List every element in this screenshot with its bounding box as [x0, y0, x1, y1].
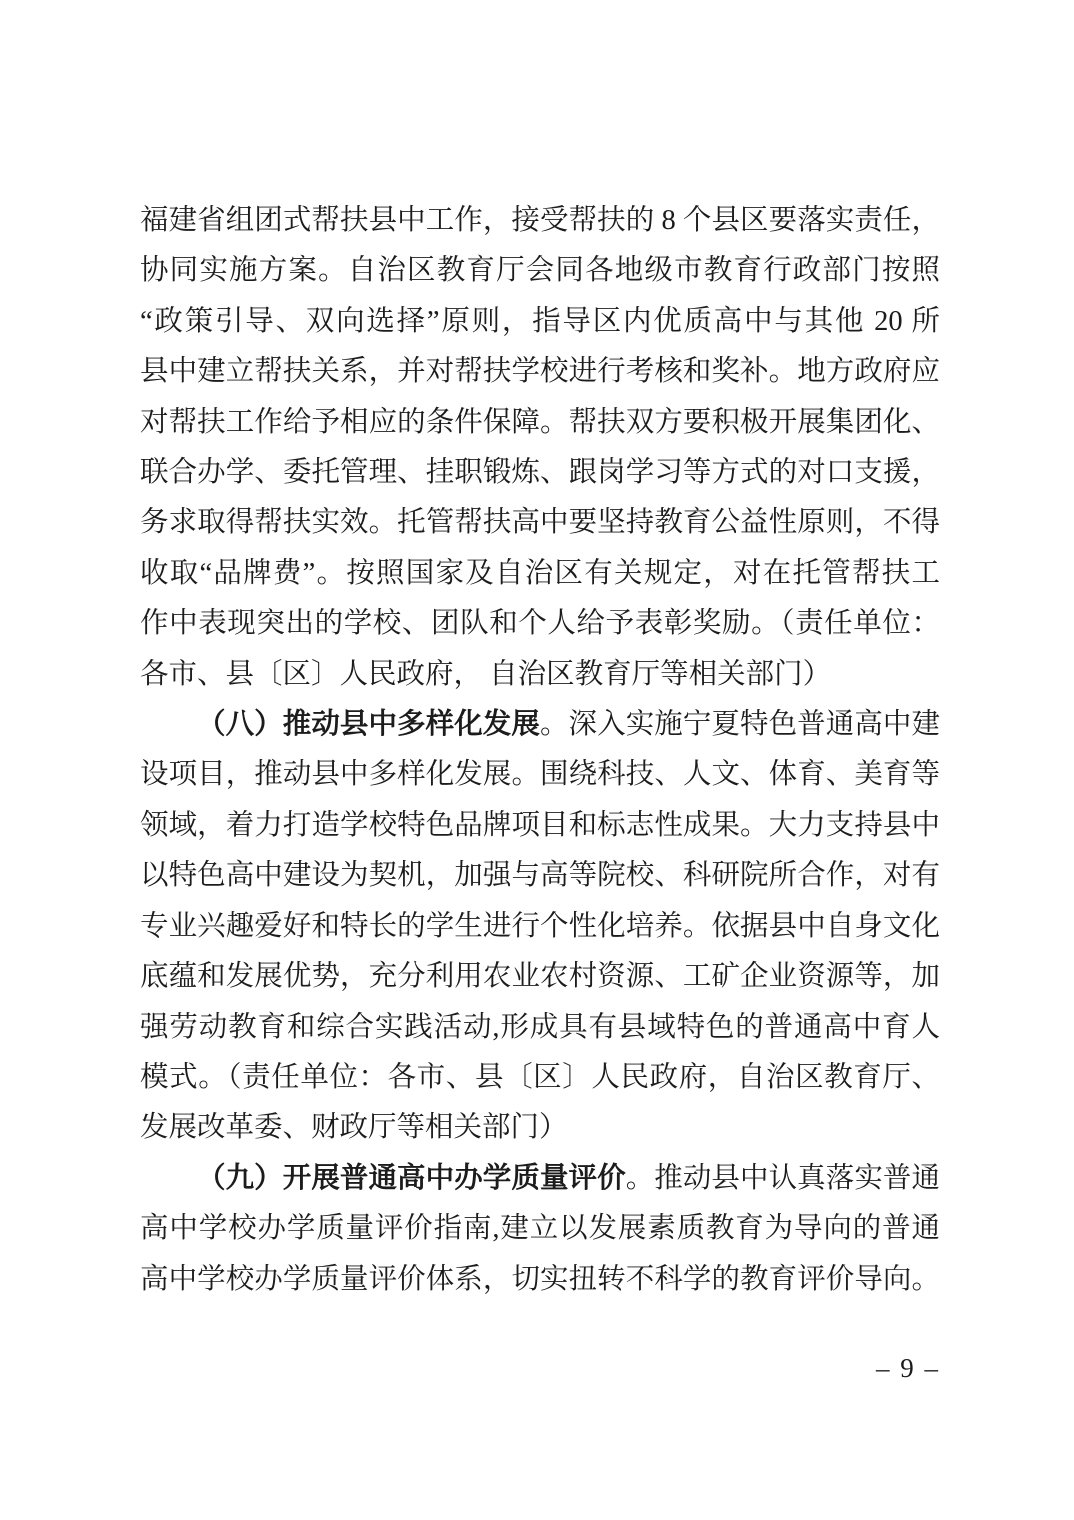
- text-line: 设项目，推动县中多样化发展。围绕科技、人文、体育、美育等: [140, 750, 940, 800]
- line-text: 。深入实施宁夏特色普通高中建: [540, 709, 940, 740]
- text-line: 联合办学、委托管理、挂职锻炼、跟岗学习等方式的对口支援，: [140, 448, 940, 498]
- text-line: 模式。（责任单位：各市、县〔区〕人民政府，自治区教育厅、: [140, 1053, 940, 1103]
- text-line: 福建省组团式帮扶县中工作，接受帮扶的 8 个县区要落实责任，: [140, 196, 940, 246]
- text-line: （八）推动县中多样化发展。深入实施宁夏特色普通高中建: [140, 700, 940, 750]
- text-line: 务求取得帮扶实效。托管帮扶高中要坚持教育公益性原则，不得: [140, 498, 940, 548]
- text-line: （九）开展普通高中办学质量评价。推动县中认真落实普通: [140, 1154, 940, 1204]
- text-line: 高中学校办学质量评价指南,建立以发展素质教育为导向的普通: [140, 1204, 940, 1254]
- text-line: 县中建立帮扶关系，并对帮扶学校进行考核和奖补。地方政府应: [140, 347, 940, 397]
- text-line: 以特色高中建设为契机，加强与高等院校、科研院所合作，对有: [140, 851, 940, 901]
- section-heading: （八）推动县中多样化发展: [197, 709, 540, 740]
- document-page: 福建省组团式帮扶县中工作，接受帮扶的 8 个县区要落实责任，协同实施方案。自治区…: [0, 0, 1074, 1520]
- section-heading: （九）开展普通高中办学质量评价: [197, 1163, 626, 1194]
- text-line: 发展改革委、财政厅等相关部门）: [140, 1103, 940, 1153]
- text-line: 底蕴和发展优势，充分利用农业农村资源、工矿企业资源等，加: [140, 952, 940, 1002]
- text-line: 专业兴趣爱好和特长的学生进行个性化培养。依据县中自身文化: [140, 902, 940, 952]
- text-line: 各市、县〔区〕人民政府， 自治区教育厅等相关部门）: [140, 650, 940, 700]
- text-line: 对帮扶工作给予相应的条件保障。帮扶双方要积极开展集团化、: [140, 398, 940, 448]
- text-line: “政策引导、双向选择”原则，指导区内优质高中与其他 20 所: [140, 297, 940, 347]
- text-line: 协同实施方案。自治区教育厅会同各地级市教育行政部门按照: [140, 246, 940, 296]
- text-line: 领域，着力打造学校特色品牌项目和标志性成果。大力支持县中: [140, 801, 940, 851]
- text-line: 作中表现突出的学校、团队和个人给予表彰奖励。（责任单位：: [140, 599, 940, 649]
- text-body: 福建省组团式帮扶县中工作，接受帮扶的 8 个县区要落实责任，协同实施方案。自治区…: [140, 196, 940, 1305]
- text-line: 收取“品牌费”。按照国家及自治区有关规定，对在托管帮扶工: [140, 549, 940, 599]
- line-text: 。推动县中认真落实普通: [626, 1163, 940, 1194]
- text-line: 强劳动教育和综合实践活动,形成具有县域特色的普通高中育人: [140, 1003, 940, 1053]
- page-number: – 9 –: [876, 1353, 940, 1384]
- text-line: 高中学校办学质量评价体系，切实扭转不科学的教育评价导向。: [140, 1255, 940, 1305]
